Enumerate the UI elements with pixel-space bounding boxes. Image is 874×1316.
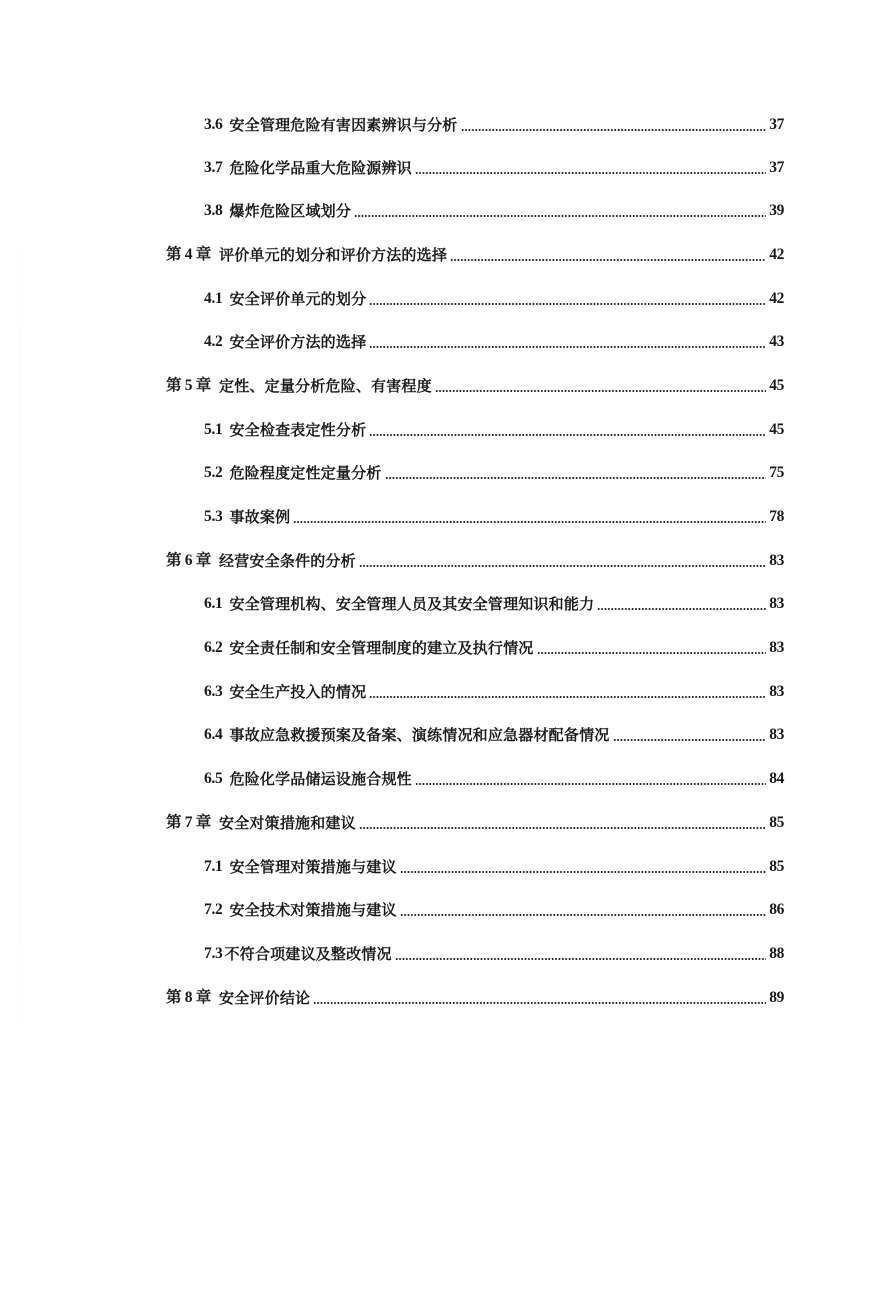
toc-entry-title: 危险化学品储运设施合规性 bbox=[229, 769, 411, 789]
toc-entry-6-4[interactable]: 6.4 事故应急救援预案及备案、演练情况和应急器材配备情况 83 bbox=[204, 721, 784, 745]
toc-entry-page: 83 bbox=[768, 638, 784, 658]
document-page: 3.6 安全管理危险有害因素辨识与分析 37 3.7 危险化学品重大危险源辨识 … bbox=[0, 0, 874, 1316]
toc-entry-chapter-6[interactable]: 第 6 章 经营安全条件的分析 83 bbox=[166, 547, 784, 571]
toc-entry-number: 6.3 bbox=[204, 682, 229, 702]
dot-leader bbox=[597, 608, 766, 610]
toc-entry-4-1[interactable]: 4.1 安全评价单元的划分 42 bbox=[204, 285, 784, 309]
toc-entry-number: 6.5 bbox=[204, 769, 229, 789]
toc-entry-chapter-5[interactable]: 第 5 章 定性、定量分析危险、有害程度 45 bbox=[166, 372, 784, 396]
toc-entry-page: 86 bbox=[768, 900, 784, 920]
dot-leader bbox=[613, 739, 767, 741]
toc-entry-number: 5.3 bbox=[204, 507, 229, 527]
toc-entry-6-5[interactable]: 6.5 危险化学品储运设施合规性 84 bbox=[204, 765, 784, 789]
dot-leader bbox=[435, 390, 766, 392]
toc-entry-3-6[interactable]: 3.6 安全管理危险有害因素辨识与分析 37 bbox=[204, 111, 784, 135]
toc-entry-6-1[interactable]: 6.1 安全管理机构、安全管理人员及其安全管理知识和能力 83 bbox=[204, 590, 784, 614]
toc-entry-page: 85 bbox=[768, 857, 784, 877]
toc-entry-page: 45 bbox=[768, 420, 784, 440]
toc-entry-7-1[interactable]: 7.1 安全管理对策措施与建议 85 bbox=[204, 853, 784, 877]
dot-leader bbox=[385, 477, 767, 479]
toc-entry-number: 6.2 bbox=[204, 638, 229, 658]
toc-entry-page: 78 bbox=[768, 507, 784, 527]
toc-entry-page: 85 bbox=[768, 813, 784, 833]
toc-entry-number: 5.1 bbox=[204, 420, 229, 440]
dot-leader bbox=[395, 958, 766, 960]
toc-entry-number: 4.2 bbox=[204, 332, 229, 352]
toc-entry-3-7[interactable]: 3.7 危险化学品重大危险源辨识 37 bbox=[204, 154, 784, 178]
toc-entry-title: 安全检查表定性分析 bbox=[229, 420, 366, 440]
toc-entry-title: 评价单元的划分和评价方法的选择 bbox=[219, 245, 447, 265]
toc-entry-title: 危险化学品重大危险源辨识 bbox=[229, 158, 411, 178]
toc-entry-title: 安全管理对策措施与建议 bbox=[229, 857, 396, 877]
toc-entry-5-3[interactable]: 5.3 事故案例 78 bbox=[204, 503, 784, 527]
dot-leader bbox=[369, 303, 766, 305]
toc-entry-title: 安全对策措施和建议 bbox=[219, 813, 356, 833]
toc-entry-page: 37 bbox=[768, 115, 784, 135]
toc-entry-3-8[interactable]: 3.8 爆炸危险区域划分 39 bbox=[204, 197, 784, 221]
toc-entry-page: 42 bbox=[768, 289, 784, 309]
toc-entry-title: 经营安全条件的分析 bbox=[219, 551, 356, 571]
toc-entry-title: 安全管理危险有害因素辨识与分析 bbox=[229, 115, 457, 135]
dot-leader bbox=[369, 434, 766, 436]
toc-entry-page: 42 bbox=[768, 245, 784, 265]
dot-leader bbox=[415, 172, 766, 174]
toc-entry-number: 3.6 bbox=[204, 115, 229, 135]
toc-entry-number: 7.2 bbox=[204, 900, 229, 920]
dot-leader bbox=[537, 652, 767, 654]
scan-edge-artifact bbox=[19, 70, 20, 1200]
toc-entry-title: 事故应急救援预案及备案、演练情况和应急器材配备情况 bbox=[229, 725, 609, 745]
toc-entry-number: 第 7 章 bbox=[166, 813, 219, 833]
toc-entry-title: 不符合项建议及整改情况 bbox=[224, 944, 391, 964]
toc-entry-page: 83 bbox=[768, 682, 784, 702]
toc-entry-chapter-8[interactable]: 第 8 章 安全评价结论 89 bbox=[166, 984, 784, 1008]
toc-entry-page: 83 bbox=[768, 725, 784, 745]
toc-entry-5-2[interactable]: 5.2 危险程度定性定量分析 75 bbox=[204, 459, 784, 483]
toc-entry-title: 安全技术对策措施与建议 bbox=[229, 900, 396, 920]
dot-leader bbox=[359, 565, 766, 567]
dot-leader bbox=[359, 827, 766, 829]
toc-entry-number: 第 6 章 bbox=[166, 551, 219, 571]
toc-entry-chapter-4[interactable]: 第 4 章 评价单元的划分和评价方法的选择 42 bbox=[166, 241, 784, 265]
toc-entry-number: 3.7 bbox=[204, 158, 229, 178]
toc-entry-7-3[interactable]: 7.3 不符合项建议及整改情况 88 bbox=[204, 940, 784, 964]
toc-entry-page: 37 bbox=[768, 158, 784, 178]
toc-entry-title: 安全评价单元的划分 bbox=[229, 289, 366, 309]
toc-entry-number: 7.1 bbox=[204, 857, 229, 877]
toc-entry-number: 6.4 bbox=[204, 725, 229, 745]
toc-entry-number: 4.1 bbox=[204, 289, 229, 309]
toc-entry-title: 爆炸危险区域划分 bbox=[229, 201, 351, 221]
dot-leader bbox=[313, 1002, 766, 1004]
toc-entry-page: 88 bbox=[768, 944, 784, 964]
dot-leader bbox=[461, 129, 767, 131]
toc-entry-page: 83 bbox=[768, 594, 784, 614]
dot-leader bbox=[415, 783, 766, 785]
toc-entry-number: 3.8 bbox=[204, 201, 229, 221]
toc-entry-chapter-7[interactable]: 第 7 章 安全对策措施和建议 85 bbox=[166, 809, 784, 833]
toc-entry-6-3[interactable]: 6.3 安全生产投入的情况 83 bbox=[204, 678, 784, 702]
toc-entry-page: 75 bbox=[768, 463, 784, 483]
toc-entry-title: 危险程度定性定量分析 bbox=[229, 463, 381, 483]
toc-entry-number: 第 8 章 bbox=[166, 988, 219, 1008]
dot-leader bbox=[400, 871, 766, 873]
toc-entry-title: 安全责任制和安全管理制度的建立及执行情况 bbox=[229, 638, 533, 658]
toc-entry-number: 6.1 bbox=[204, 594, 229, 614]
toc-entry-number: 第 5 章 bbox=[166, 376, 219, 396]
dot-leader bbox=[400, 914, 766, 916]
toc-entry-title: 安全生产投入的情况 bbox=[229, 682, 366, 702]
toc-entry-5-1[interactable]: 5.1 安全检查表定性分析 45 bbox=[204, 416, 784, 440]
toc-entry-title: 安全管理机构、安全管理人员及其安全管理知识和能力 bbox=[229, 594, 594, 614]
toc-entry-title: 事故案例 bbox=[229, 507, 290, 527]
toc-entry-number: 第 4 章 bbox=[166, 245, 219, 265]
toc-entry-6-2[interactable]: 6.2 安全责任制和安全管理制度的建立及执行情况 83 bbox=[204, 634, 784, 658]
dot-leader bbox=[354, 215, 766, 217]
toc-entry-page: 43 bbox=[768, 332, 784, 352]
dot-leader bbox=[450, 259, 766, 261]
toc-entry-page: 83 bbox=[768, 551, 784, 571]
toc-entry-title: 定性、定量分析危险、有害程度 bbox=[219, 376, 432, 396]
toc-entry-title: 安全评价方法的选择 bbox=[229, 332, 366, 352]
dot-leader bbox=[369, 696, 766, 698]
toc-entry-number: 5.2 bbox=[204, 463, 229, 483]
toc-entry-title: 安全评价结论 bbox=[219, 988, 310, 1008]
toc-entry-page: 45 bbox=[768, 376, 784, 396]
dot-leader bbox=[293, 521, 766, 523]
toc-entry-4-2[interactable]: 4.2 安全评价方法的选择 43 bbox=[204, 328, 784, 352]
dot-leader bbox=[369, 346, 766, 348]
toc-entry-7-2[interactable]: 7.2 安全技术对策措施与建议 86 bbox=[204, 896, 784, 920]
toc-entry-page: 84 bbox=[768, 769, 784, 789]
toc-entry-page: 39 bbox=[768, 201, 784, 221]
toc-entry-page: 89 bbox=[768, 988, 784, 1008]
toc-entry-number: 7.3 bbox=[204, 944, 224, 964]
